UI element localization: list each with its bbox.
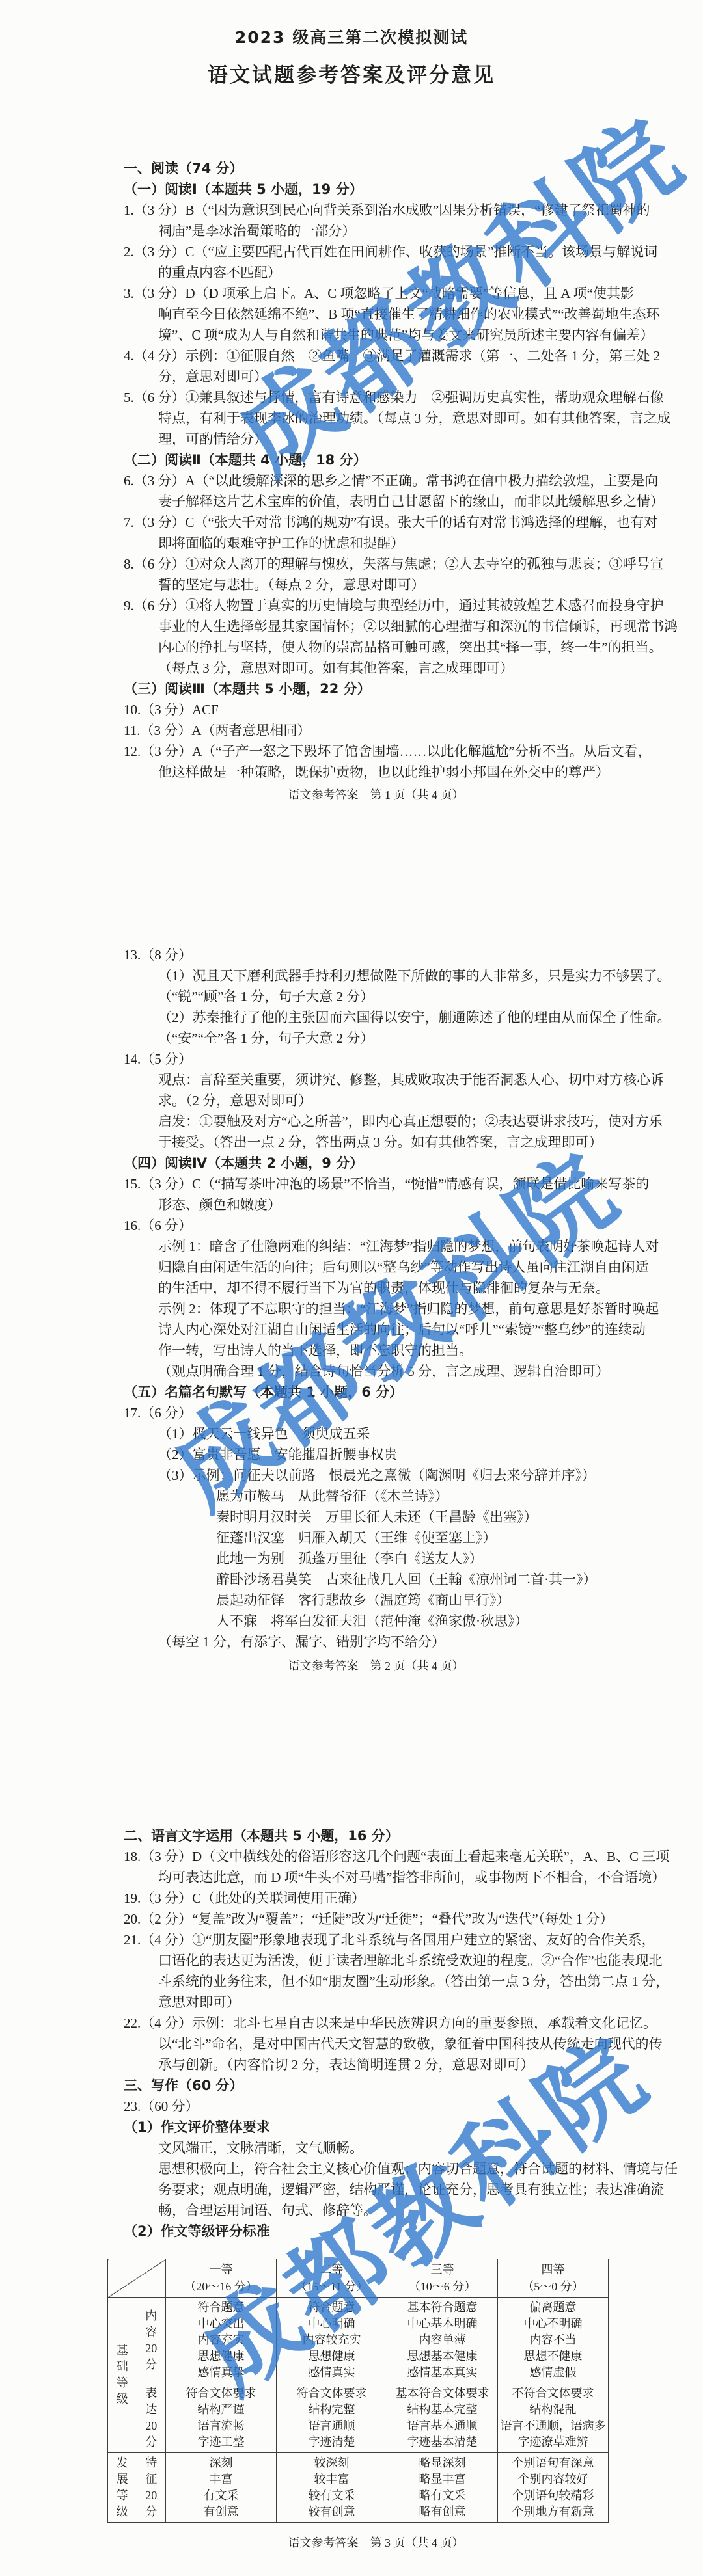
exam-title: 2023 级高三第二次模拟测试 [0, 25, 703, 48]
answer-line: 境”、C 项“成为人与自然和谐共生的典范”均与姜文来研究员所述主要内容有偏差） [0, 325, 703, 345]
section-heading: （四）阅读Ⅳ（本题共 2 小题，9 分） [0, 1153, 703, 1174]
answer-line: 愿为市鞍马 从此替爷征（《木兰诗》） [0, 1486, 703, 1507]
answer-line: 归隐自由闲适生活的向往；后句则以“整乌纱”等动作写出诗人虽向往江湖自由闲适 [0, 1257, 703, 1278]
grade-column-header: 四等（5～0 分） [498, 2259, 609, 2298]
answer-line: 形态、颜色和嫩度） [0, 1194, 703, 1215]
section-heading: 一、阅读（74 分） [0, 158, 703, 179]
grading-table-wrap: 一等（20～16 分）二等（15～11 分）三等（10～6 分）四等（5～0 分… [0, 2242, 703, 2553]
page-footer: 语文参考答案 第 1 页（共 4 页） [124, 785, 628, 805]
page-2-footer-wrap: 语文参考答案 第 2 页（共 4 页） [0, 1654, 703, 1676]
document-title: 语文试题参考答案及评分意见 [0, 59, 703, 88]
answer-line: 6.（3 分）A（“以此缓解深深的思乡之情”不正确。常书鸿在信中极力描绘敦煌，主… [0, 470, 703, 491]
row-label: 特征20分 [137, 2453, 166, 2523]
answer-line: 23.（60 分） [0, 2096, 703, 2117]
essay-grading-table: 一等（20～16 分）二等（15～11 分）三等（10～6 分）四等（5～0 分… [107, 2259, 609, 2523]
answer-line: 16.（6 分） [0, 1215, 703, 1236]
answer-line: 响直至今日依然延绵不绝”、B 项“直接催生了精耕细作的农业模式”“改善蜀地生态环 [0, 304, 703, 325]
answer-line: 4.（4 分）示例：①征服自然 ②鱼嘴 ③满足了灌溉需求（第一、二处各 1 分，… [0, 345, 703, 366]
answer-line: 1.（3 分）B（“因为意识到民心向背关系到治水成败”因果分析错误，“修建了祭祀… [0, 200, 703, 221]
section-heading: （五）名篇名句默写（本题共 1 小题，6 分） [0, 1382, 703, 1402]
page-1-content: 一、阅读（74 分）（一）阅读Ⅰ（本题共 5 小题，19 分）1.（3 分）B（… [0, 158, 703, 783]
table-corner-diagonal [108, 2259, 166, 2298]
answer-line: 的生活中，却不得不履行当下为官的职责，体现仕与隐徘徊的复杂与无奈。 [0, 1278, 703, 1298]
section-heading: 三、写作（60 分） [0, 2075, 703, 2096]
answer-line: 意思对即可） [0, 1992, 703, 2013]
criteria-cell: 符合题意中心突出内容充实思想健康感情真挚 [166, 2298, 277, 2383]
grade-level-group-label: 基础等级 [108, 2298, 137, 2453]
answer-line: 诗人内心深处对江湖自由闲适生活的向往；后句以“呼儿”“索镜”“整乌纱”的连续动 [0, 1319, 703, 1340]
criteria-cell: 不符合文体要求结构混乱语言不通顺，语病多字迹潦草难辨 [498, 2383, 609, 2453]
page-2-content: 13.（8 分）（1）况且天下磨利武器手持利刃想做陛下所做的事的人非常多，只是实… [0, 945, 703, 1652]
answer-line: 口语化的表达更为活泼，便于读者理解北斗系统受欢迎的程度。②“合作”也能表现北 [0, 1950, 703, 1971]
section-heading: （三）阅读Ⅲ（本题共 5 小题，22 分） [0, 678, 703, 699]
answer-line: 启发：①要触及对方“心之所善”，即内心真正想要的；②表达要讲求技巧，使对方乐 [0, 1111, 703, 1132]
answer-line: 示例 1：暗含了仕隐两难的纠结：“江海梦”指归隐的梦想，前句表明好茶唤起诗人对 [0, 1236, 703, 1257]
answer-line: 内心的挣扎与坚持，使人物的崇高品格可触可感，突出其“择一事，终一生”的担当。 [0, 637, 703, 658]
page-1-footer-wrap: 语文参考答案 第 1 页（共 4 页） [0, 783, 703, 805]
answer-line: 9.（6 分）①将人物置于真实的历史情境与典型经历中，通过其被敦煌艺术感召而投身… [0, 595, 703, 616]
answer-line: 作一转，写出诗人的当下选择，即不忘职守的担当。 [0, 1340, 703, 1361]
answer-line: 人不寐 将军白发征夫泪（范仲淹《渔家傲·秋思》） [0, 1611, 703, 1631]
answer-line: 征蓬出汉塞 归雁入胡天（王维《使至塞上》） [0, 1527, 703, 1548]
criteria-cell: 基本符合题意中心基本明确内容单薄思想基本健康感情基本真实 [387, 2298, 498, 2383]
answer-line: 特点，有利于表现李冰的治理功绩。（每点 3 分，意思对即可。如有其他答案，言之成 [0, 408, 703, 429]
answer-line: 斗系统的业务往来，但不如“朋友圈”生动形象。（答出第一点 3 分，答出第二点 1… [0, 1971, 703, 1992]
answer-line: （每点 3 分，意思对即可。如有其他答案，言之成理即可） [0, 658, 703, 678]
answer-line: 思想积极向上，符合社会主义核心价值观；内容切合题意，符合试题的材料、情境与任 [0, 2158, 703, 2179]
criteria-cell: 偏离题意中心不明确内容不当思想不健康感情虚假 [498, 2298, 609, 2383]
answer-line: 分，意思对即可） [0, 366, 703, 387]
page-footer: 语文参考答案 第 2 页（共 4 页） [124, 1656, 628, 1676]
answer-line: 17.（6 分） [0, 1402, 703, 1423]
answer-line: （2）富贵非吾愿 安能摧眉折腰事权贵 [0, 1444, 703, 1465]
answer-line: （每空 1 分，有添字、漏字、错别字均不给分） [0, 1631, 703, 1652]
answer-line: 即将面临的艰难守护工作的忧虑和提醒） [0, 533, 703, 554]
answer-line: 他这样做是一种策略，既保护贡物，也以此维护弱小邦国在外交中的尊严） [0, 762, 703, 783]
answer-line: 19.（3 分）C（此处的关联词使用正确） [0, 1888, 703, 1909]
answer-line: 誓的坚定与悲壮。（每点 2 分，意思对即可） [0, 574, 703, 595]
answer-line: 求。（2 分，意思对即可） [0, 1090, 703, 1111]
section-heading: 二、语言文字运用（本题共 5 小题，16 分） [0, 1825, 703, 1846]
criteria-cell: 深刻丰富有文采有创意 [166, 2453, 277, 2523]
answer-line: 5.（6 分）①兼具叙述与抒情，富有诗意和感染力 ②强调历史真实性，帮助观众理解… [0, 387, 703, 408]
answer-line: 务要求；观点明确，逻辑严密，结构严谨，论证充分，思考具有独立性；表达准确流 [0, 2179, 703, 2200]
answer-line: 均可表达此意，而 D 项“牛头不对马嘴”指答非所问，或事物两下不相合，不合语境） [0, 1867, 703, 1888]
answer-line: 妻子解释这片艺术宝库的价值，表明自己甘愿留下的缘由，而非以此缓解思乡之情） [0, 491, 703, 512]
criteria-cell: 符合文体要求结构严谨语言流畅字迹工整 [166, 2383, 277, 2453]
answer-line: 22.（4 分）示例：北斗七星自古以来是中华民族辨识方向的重要参照，承载着文化记… [0, 2013, 703, 2033]
answer-line: 于接受。（答出一点 2 分，答出两点 3 分。如有其他答案，言之成理即可） [0, 1132, 703, 1153]
answer-line: （2）苏秦推行了他的主张因而六国得以安宁，蒯通陈述了他的理由从而保全了性命。 [0, 1007, 703, 1028]
answer-line: 事业的人生选择彰显其家国情怀；②以细腻的心理描写和深沉的书信倾诉，再现常书鸿 [0, 616, 703, 637]
answer-line: 祠庙”是李冰治蜀策略的一部分） [0, 221, 703, 241]
answer-line: （观点明确合理 1 分，结合诗句恰当分析 5 分，言之成理、逻辑自洽即可） [0, 1361, 703, 1382]
answer-line: 的重点内容不匹配） [0, 262, 703, 283]
answer-line: 文风端正，文脉清晰，文气顺畅。 [0, 2138, 703, 2158]
criteria-cell: 较深刻较丰富较有文采较有创意 [277, 2453, 387, 2523]
answer-line: 20.（2 分）“复盖”改为“覆盖”；“迁陡”改为“迁徙”；“叠代”改为“迭代”… [0, 1909, 703, 1929]
answer-line: 以“北斗”命名，是对中国古代天文智慧的致敬，象征着中国科技从传统走向现代的传 [0, 2033, 703, 2054]
answer-line: 12.（3 分）A（“子产一怒之下毁坏了馆舍围墙……以此化解尴尬”分析不当。从后… [0, 741, 703, 762]
answer-line: 承与创新。（内容恰切 2 分，表达简明连贯 2 分，意思对即可） [0, 2054, 703, 2075]
section-heading: （一）阅读Ⅰ（本题共 5 小题，19 分） [0, 179, 703, 200]
answer-line: 10.（3 分）ACF [0, 699, 703, 720]
document-header: 2023 级高三第二次模拟测试 语文试题参考答案及评分意见 [0, 25, 703, 88]
grade-level-group-label: 发展等级 [108, 2453, 137, 2523]
answer-line: 此地一为别 孤蓬万里征（李白《送友人》） [0, 1548, 703, 1569]
section-heading: （1）作文评价整体要求 [0, 2117, 703, 2138]
answer-line: 晨起动征铎 客行悲故乡（温庭筠《商山早行》） [0, 1590, 703, 1611]
answer-line: 观点：言辞至关重要，须讲究、修整，其成败取决于能否洞悉人心、切中对方核心诉 [0, 1069, 703, 1090]
answer-line: 畅，合理运用词语、句式、修辞等。 [0, 2200, 703, 2221]
answer-line: （“锐”“顾”各 1 分，句子大意 2 分） [0, 986, 703, 1007]
grade-column-header: 三等（10～6 分） [387, 2259, 498, 2298]
answer-line: 14.（5 分） [0, 1049, 703, 1069]
answer-line: 18.（3 分）D（文中横线处的俗语形容这几个问题“表面上看起来毫无关联”，A、… [0, 1846, 703, 1867]
section-heading: （2）作文等级评分标准 [0, 2221, 703, 2242]
answer-line: 理，可酌情给分） [0, 429, 703, 449]
answer-line: 21.（4 分）①“朋友圈”形象地表现了北斗系统与各国用户建立的紧密、友好的合作… [0, 1929, 703, 1950]
answer-line: 示例 2：体现了不忘职守的担当：“江海梦”指归隐的梦想，前句意思是好茶暂时唤起 [0, 1298, 703, 1319]
row-label: 表达20分 [137, 2383, 166, 2453]
answer-line: 13.（8 分） [0, 945, 703, 965]
criteria-cell: 符合题意中心明确内容较充实思想健康感情真实 [277, 2298, 387, 2383]
answer-line: 醉卧沙场君莫笑 古来征战几人回（王翰《凉州词二首·其一》） [0, 1569, 703, 1590]
answer-line: 11.（3 分）A（两者意思相同） [0, 720, 703, 741]
answer-line: （“安”“全”各 1 分，句子大意 2 分） [0, 1028, 703, 1049]
answer-sheet-document: 2023 级高三第二次模拟测试 语文试题参考答案及评分意见 一、阅读（74 分）… [0, 0, 703, 2576]
answer-line: （3）示例：问征夫以前路 恨晨光之熹微（陶渊明《归去来兮辞并序》） [0, 1465, 703, 1486]
answer-line: 2.（3 分）C（“应主要匹配古代百姓在田间耕作、收获的场景”推断不当。该场景与… [0, 241, 703, 262]
answer-line: （1）况且天下磨利武器手持利刃想做陛下所做的事的人非常多，只是实力不够罢了。 [0, 965, 703, 986]
answer-line: 8.（6 分）①对众人离开的理解与愧疚，失落与焦虑；②人去寺空的孤独与悲哀；③呼… [0, 554, 703, 574]
answer-line: 秦时明月汉时关 万里长征人未还（王昌龄《出塞》） [0, 1507, 703, 1527]
answer-line: 15.（3 分）C（“描写茶叶冲泡的场景”不恰当，“惋惜”情感有误，颔联是借比喻… [0, 1174, 703, 1194]
criteria-cell: 基本符合文体要求结构基本完整语言基本通顺字迹基本清楚 [387, 2383, 498, 2453]
answer-line: 7.（3 分）C（“张大千对常书鸿的规劝”有误。张大千的话有对常书鸿选择的理解，… [0, 512, 703, 533]
section-heading: （二）阅读Ⅱ（本题共 4 小题，18 分） [0, 449, 703, 470]
answer-line: 3.（3 分）D（D 项承上启下。A、C 项忽略了上文“战略需要”等信息，且 A… [0, 283, 703, 304]
page-footer: 语文参考答案 第 3 页（共 4 页） [124, 2533, 628, 2553]
criteria-cell: 略显深刻略显丰富略有文采略有创意 [387, 2453, 498, 2523]
criteria-cell: 个别语句有深意个别内容较好个别语句较精彩个别地方有新意 [498, 2453, 609, 2523]
page-3-content: 二、语言文字运用（本题共 5 小题，16 分）18.（3 分）D（文中横线处的俗… [0, 1825, 703, 2242]
grade-column-header: 二等（15～11 分） [277, 2259, 387, 2298]
grade-column-header: 一等（20～16 分） [166, 2259, 277, 2298]
answer-line: （1）极天云一线异色 须臾成五采 [0, 1423, 703, 1444]
row-label: 内容20分 [137, 2298, 166, 2383]
criteria-cell: 符合文体要求结构完整语言通顺字迹清楚 [277, 2383, 387, 2453]
